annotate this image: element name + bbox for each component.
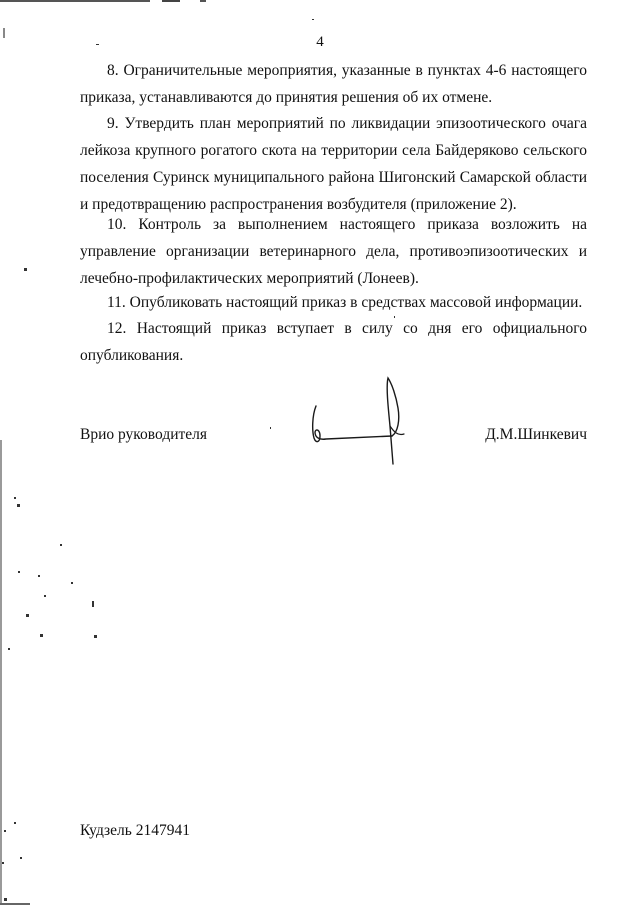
scanned-document-page: 4 8. Ограничительные мероприятия, указан… (0, 0, 640, 905)
scan-speck (24, 268, 27, 271)
paragraph-9: 9. Утвердить план мероприятий по ликвида… (80, 110, 587, 218)
scan-edge-mark (162, 0, 180, 2)
scan-speck (60, 544, 62, 546)
scan-speck (4, 830, 6, 832)
scan-edge-mark (200, 0, 206, 2)
scan-speck (38, 575, 40, 577)
scan-speck (14, 822, 16, 824)
paragraph-line: лечебно-профилактических мероприятий (Ло… (80, 265, 587, 292)
page-number: 4 (0, 33, 640, 51)
signer-name: Д.М.Шинкевич (485, 426, 587, 444)
executor-note: Кудзель 2147941 (80, 822, 190, 840)
scan-speck (20, 857, 22, 859)
paragraph-line: поселения Суринск муниципального района … (80, 164, 587, 191)
scan-left-edge (0, 440, 2, 905)
paragraph-12: 12. Настоящий приказ вступает в силу со … (80, 315, 587, 369)
paragraph-line: управление организации ветеринарного дел… (80, 238, 587, 265)
paragraph-line: 12. Настоящий приказ вступает в силу со … (80, 315, 587, 342)
paragraph-8: 8. Ограничительные мероприятия, указанны… (80, 57, 587, 111)
scan-speck (17, 504, 20, 507)
scan-speck (14, 497, 16, 499)
paragraph-10: 10. Контроль за выполнением настоящего п… (80, 211, 587, 292)
scan-speck (44, 595, 46, 597)
scan-speck (71, 582, 73, 584)
paragraph-line: опубликования. (80, 342, 587, 369)
scan-speck (92, 601, 94, 607)
scan-speck (4, 898, 7, 901)
paragraph-line: 10. Контроль за выполнением настоящего п… (80, 211, 587, 238)
scan-speck (18, 571, 20, 573)
signer-title: Врио руководителя (80, 426, 207, 444)
paragraph-line: 8. Ограничительные мероприятия, указанны… (80, 57, 587, 84)
scan-speck (312, 19, 314, 20)
scan-speck (26, 614, 29, 617)
scan-speck (40, 634, 43, 637)
paragraph-11: 11. Опубликовать настоящий приказ в сред… (80, 289, 587, 316)
handwritten-signature-icon (306, 376, 426, 471)
paragraph-line: приказа, устанавливаются до принятия реш… (80, 84, 587, 111)
scan-speck (2, 862, 4, 864)
paragraph-line: 9. Утвердить план мероприятий по ликвида… (80, 110, 587, 137)
scan-speck (94, 635, 97, 638)
signature-block: Врио руководителя Д.М.Шинкевич (80, 420, 587, 460)
paragraph-line: 11. Опубликовать настоящий приказ в сред… (80, 289, 587, 316)
scan-edge-mark (0, 0, 150, 2)
paragraph-line: лейкоза крупного рогатого скота на терри… (80, 137, 587, 164)
scan-speck (8, 648, 10, 650)
